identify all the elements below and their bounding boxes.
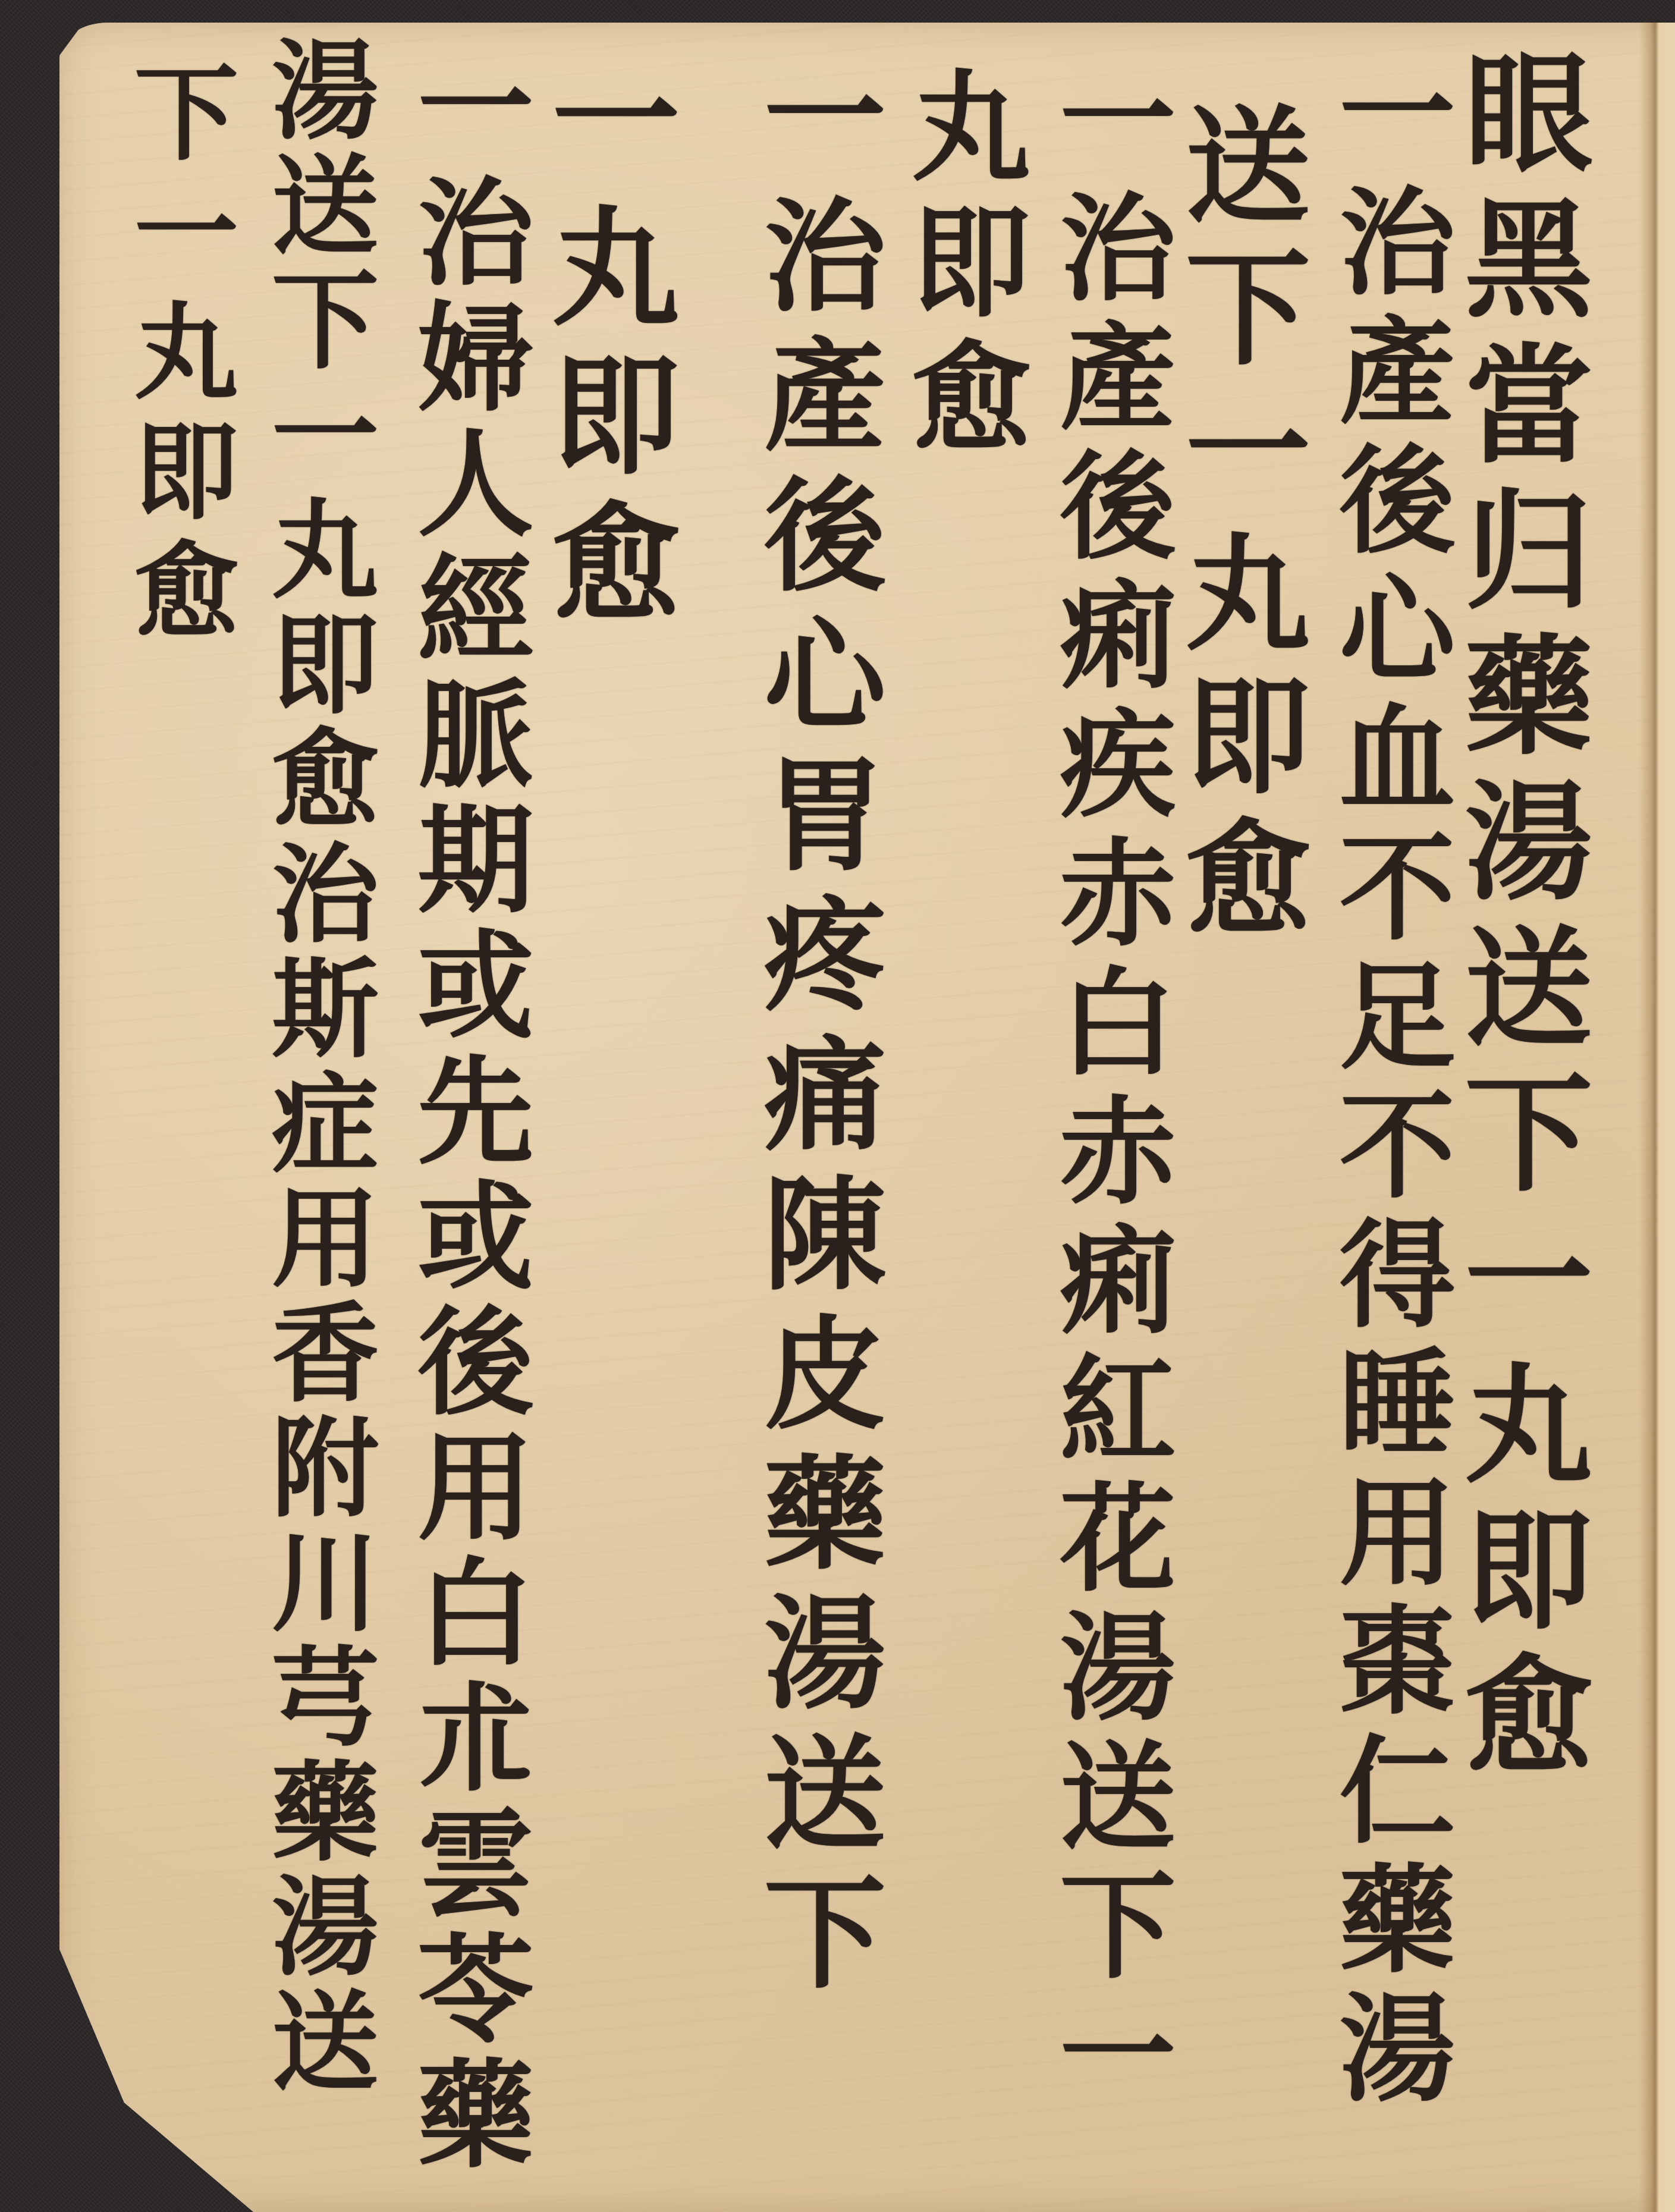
binding-fold — [1639, 23, 1675, 2212]
text-column-9: 湯送下一丸即愈治斯症用香附川芎藥湯送 — [263, 34, 370, 2100]
text-column-5: 丸即愈 — [902, 64, 1021, 471]
text-column-1: 眼黑當归藥湯送下一丸即愈 — [1455, 46, 1583, 1795]
text-column-10: 下一丸即愈 — [126, 58, 230, 656]
text-column-8: 一治婦人經脈期或先或後用白朮雲苓藥 — [408, 46, 524, 2179]
text-column-6: 一治產後心胃疼痛陳皮藥湯送下 — [753, 52, 875, 2009]
manuscript-page: 眼黑當归藥湯送下一丸即愈 一治產後心血不足不得睡用棗仁藥湯 送下一丸即愈 一治產… — [59, 23, 1675, 2212]
text-column-3: 送下一丸即愈 — [1176, 100, 1300, 956]
text-column-7: 一丸即愈 — [542, 52, 670, 645]
text-column-4: 一治產後痢疾赤白赤痢紅花湯送下一 — [1051, 58, 1167, 2123]
text-column-2: 一治產後心血不足不得睡用棗仁藥湯 — [1330, 52, 1446, 2117]
